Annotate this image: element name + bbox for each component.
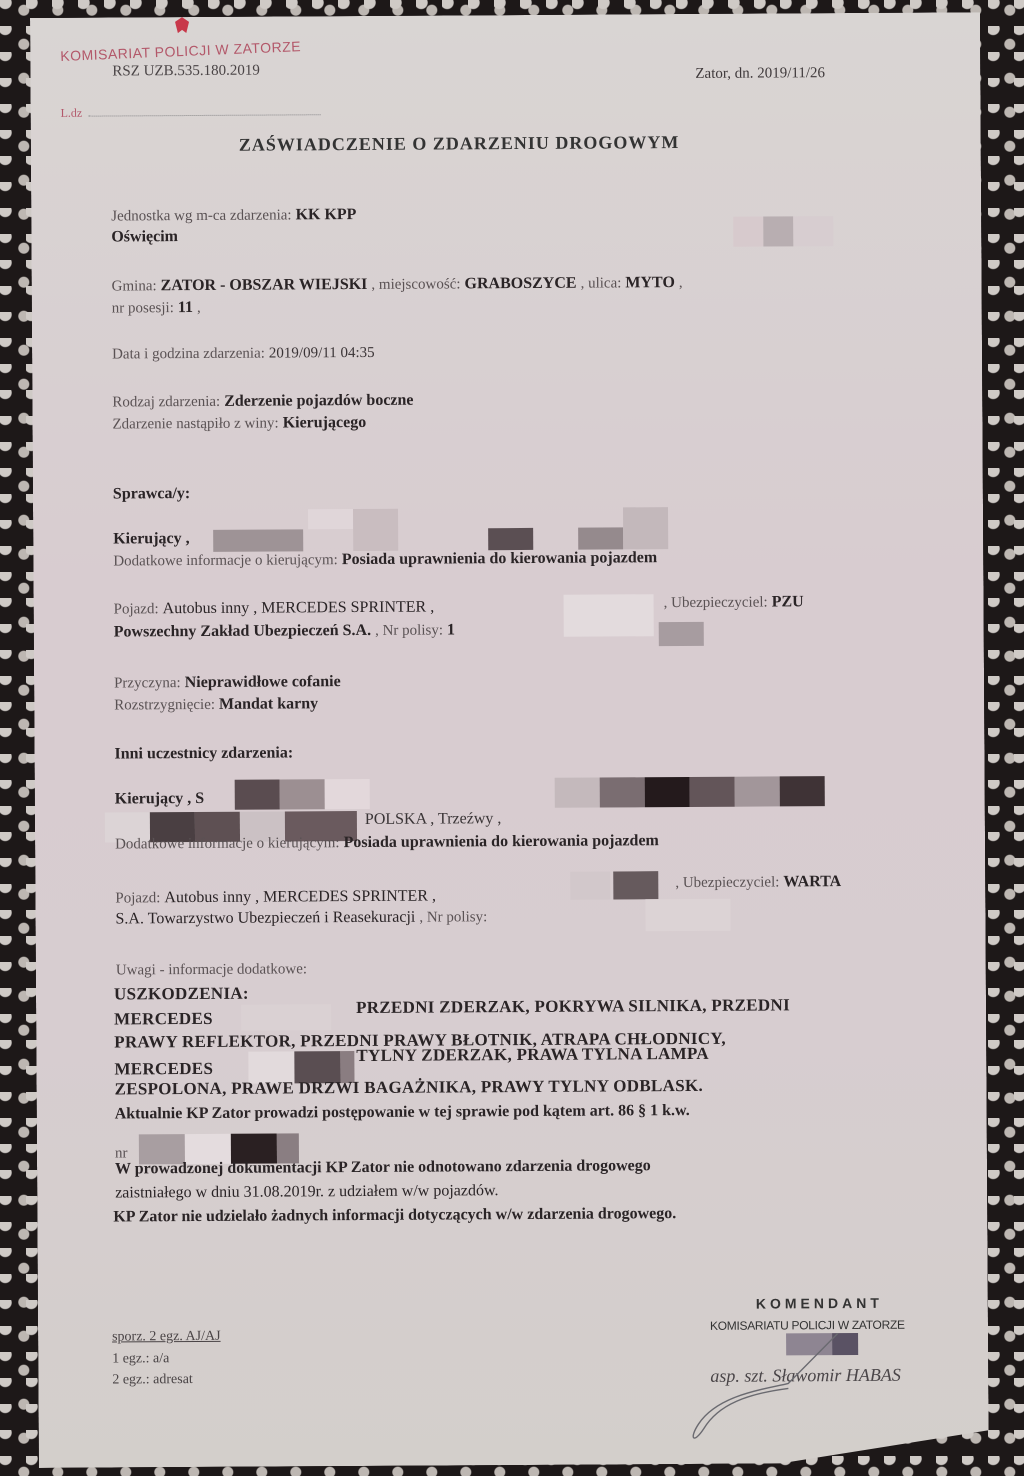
redaction-block: [733, 217, 763, 247]
locality-value: GRABOSZYCE: [464, 275, 576, 293]
locality-label: , miejscowość:: [371, 276, 460, 293]
copy-1-note: 1 egz.: a/a: [112, 1351, 169, 1367]
gmina-label: Gmina:: [112, 278, 157, 294]
insurer-label: , Ubezpieczyciel:: [675, 874, 779, 891]
property-value: 11: [178, 299, 193, 316]
l-dz-line: [89, 114, 321, 116]
remarks-line: Aktualnie KP Zator prowadzi postępowanie…: [115, 1102, 690, 1124]
street-value: MYTO: [625, 274, 675, 291]
document-page: KOMISARIAT POLICJI W ZATORZE RSZ UZB.535…: [30, 12, 989, 1468]
fault-label: Zdarzenie nastąpiło z winy:: [112, 415, 278, 432]
perpetrator-extra-row: Dodatkowe informacje o kierującym: Posia…: [113, 549, 657, 570]
gmina-value: ZATOR - OBSZAR WIEJSKI: [161, 276, 368, 294]
redaction-block: [690, 777, 735, 807]
policy-label: , Nr polisy:: [375, 622, 443, 638]
fault-value: Kierującego: [283, 414, 367, 432]
signature-title: KOMENDANT: [756, 1295, 883, 1312]
redaction-block: [780, 776, 825, 806]
insurer-value: WARTA: [783, 873, 841, 890]
remarks-line: MERCEDES: [114, 1009, 213, 1030]
event-type-row: Rodzaj zdarzenia: Zderzenie pojazdów boc…: [112, 392, 413, 412]
redaction-block: [613, 871, 658, 899]
remarks-line: PRZEDNI ZDERZAK, POKRYWA SILNIKA, PRZEDN…: [356, 995, 790, 1018]
redaction-block: [555, 778, 600, 808]
others-insurer-line2: S.A. Towarzystwo Ubezpieczeń i Reasekura…: [115, 908, 487, 928]
others-nationality-status: POLSKA , Trzeźwy ,: [365, 810, 502, 829]
datetime-row: Data i godzina zdarzenia: 2019/09/11 04:…: [112, 344, 375, 364]
street-label: , ulica:: [581, 275, 622, 291]
remarks-heading: Uwagi - informacje dodatkowe:: [116, 961, 307, 979]
policy-value: 1: [447, 621, 455, 638]
fault-row: Zdarzenie nastąpiło z winy: Kierującego: [112, 414, 366, 434]
resolution-row: Rozstrzygnięcie: Mandat karny: [114, 695, 318, 714]
extra-info-label: Dodatkowe informacje o kierującym:: [113, 552, 338, 569]
vehicle-value: Autobus inny , MERCEDES SPRINTER ,: [163, 599, 435, 618]
cause-value: Nieprawidłowe cofanie: [185, 673, 341, 691]
datetime-value: 2019/09/11 04:35: [269, 345, 375, 362]
perpetrator-driver-label: Kierujący ,: [113, 530, 190, 548]
redaction-block: [600, 777, 645, 807]
remarks-line: TYLNY ZDERZAK, PRAWA TYLNA LAMPA: [356, 1044, 709, 1066]
perpetrator-insurer-row: , Ubezpieczyciel: PZU: [664, 593, 804, 612]
property-row: nr posesji: 11 ,: [112, 299, 201, 318]
reference-number: RSZ UZB.535.180.2019: [112, 63, 260, 81]
redaction-block: [645, 777, 690, 807]
insurer-name: S.A. Towarzystwo Ubezpieczeń i Reasekura…: [115, 909, 415, 928]
vehicle-value: Autobus inny , MERCEDES SPRINTER ,: [164, 888, 436, 907]
resolution-value: Mandat karny: [219, 695, 318, 713]
redaction-block: [659, 622, 704, 646]
vehicle-label: Pojazd:: [115, 890, 160, 906]
copy-2-note: 2 egz.: adresat: [112, 1372, 193, 1388]
event-type-label: Rodzaj zdarzenia:: [112, 394, 220, 411]
cause-row: Przyczyna: Nieprawidłowe cofanie: [114, 673, 341, 692]
policy-label: , Nr polisy:: [419, 909, 487, 925]
unit-value: KK KPP: [295, 206, 356, 223]
redaction-block: [213, 529, 303, 552]
place-date: Zator, dn. 2019/11/26: [695, 65, 825, 83]
unit-row: Jednostka wg m-ca zdarzenia: KK KPP: [111, 206, 356, 225]
eagle-emblem-icon: [175, 17, 189, 33]
redaction-block: [308, 509, 353, 529]
insurer-label: , Ubezpieczyciel:: [664, 595, 768, 612]
others-heading: Inni uczestnicy zdarzenia:: [114, 744, 293, 763]
unit-city: Oświęcim: [111, 228, 178, 246]
institution-stamp: KOMISARIAT POLICJI W ZATORZE: [60, 38, 301, 64]
redaction-block: [564, 594, 654, 637]
insurer-value: PZU: [772, 593, 804, 610]
location-row: Gmina: ZATOR - OBSZAR WIEJSKI , miejscow…: [112, 274, 683, 295]
remarks-line: KP Zator nie udzielało żadnych informacj…: [113, 1205, 676, 1226]
datetime-label: Data i godzina zdarzenia:: [112, 346, 265, 363]
redaction-block: [353, 509, 398, 551]
remarks-line: zaistniałego w dniu 31.08.2019r. z udzia…: [115, 1182, 498, 1202]
perpetrator-insurer-line2: Powszechny Zakład Ubezpieczeń S.A. , Nr …: [114, 621, 455, 641]
redaction-block: [280, 779, 325, 809]
perpetrator-heading: Sprawca/y:: [113, 485, 190, 503]
trailing-comma: ,: [197, 300, 201, 316]
remarks-line: MERCEDES: [114, 1059, 213, 1080]
redaction-block: [241, 1004, 331, 1031]
event-type-value: Zderzenie pojazdów boczne: [224, 392, 413, 410]
others-driver-label: Kierujący , S: [115, 790, 204, 809]
others-insurer-row: , Ubezpieczyciel: WARTA: [675, 873, 841, 892]
handwritten-signature-icon: [688, 1333, 889, 1444]
resolution-label: Rozstrzygnięcie:: [114, 697, 215, 714]
redaction-block: [578, 527, 623, 549]
redaction-block: [763, 216, 793, 246]
extra-info-value: Posiada uprawnienia do kierowania pojazd…: [344, 832, 659, 851]
unit-label: Jednostka wg m-ca zdarzenia:: [111, 207, 291, 224]
redaction-block: [235, 779, 280, 809]
redaction-block: [325, 779, 370, 809]
redaction-block: [645, 899, 730, 932]
perpetrator-vehicle-row: Pojazd: Autobus inny , MERCEDES SPRINTER…: [114, 599, 435, 619]
redaction-block: [793, 216, 833, 246]
cause-label: Przyczyna:: [114, 675, 181, 691]
extra-info-value: Posiada uprawnienia do kierowania pojazd…: [342, 549, 657, 568]
redaction-block: [488, 528, 533, 550]
remarks-line: USZKODZENIA:: [114, 984, 249, 1005]
signature-institution: KOMISARIATU POLICJI W ZATORZE: [710, 1318, 905, 1333]
l-dz-label: L.dz: [61, 106, 83, 121]
redaction-block: [735, 776, 780, 806]
document-title: ZAŚWIADCZENIE O ZDARZENIU DROGOWYM: [239, 132, 680, 156]
redaction-block: [570, 871, 610, 899]
extra-info-label: Dodatkowe informacje o kierującym:: [115, 835, 340, 852]
redaction-block: [623, 507, 668, 549]
remarks-line: W prowadzonej dokumentacji KP Zator nie …: [115, 1157, 651, 1178]
others-vehicle-row: Pojazd: Autobus inny , MERCEDES SPRINTER…: [115, 888, 436, 908]
property-label: nr posesji:: [112, 300, 174, 316]
vehicle-label: Pojazd:: [114, 601, 159, 617]
remarks-line: ZESPOLONA, PRAWE DRZWI BAGAŻNIKA, PRAWY …: [114, 1076, 703, 1100]
others-extra-row: Dodatkowe informacje o kierującym: Posia…: [115, 832, 659, 853]
insurer-name: Powszechny Zakład Ubezpieczeń S.A.: [114, 622, 371, 641]
prepared-note: sporz. 2 egz. AJ/AJ: [112, 1329, 221, 1346]
